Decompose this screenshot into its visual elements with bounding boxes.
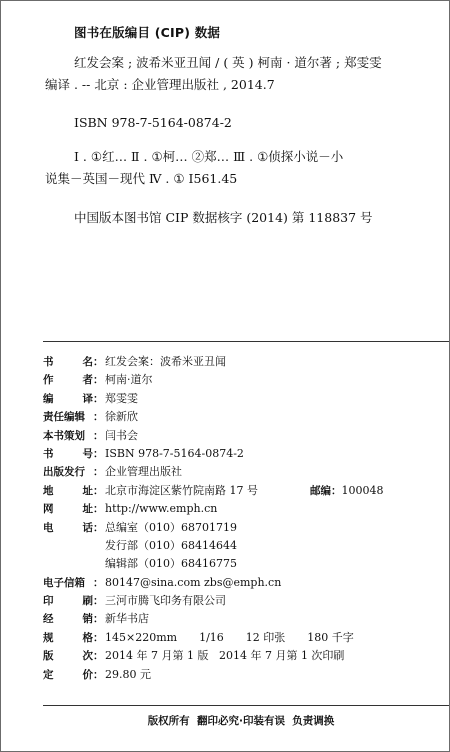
cip-classification: Ⅰ . ①红… Ⅱ . ①柯… ②郑… Ⅲ . ①侦探小说－小 说集－英国－现代… [45, 146, 425, 190]
info-label: 版次 [43, 647, 93, 665]
divider-bottom [43, 705, 449, 706]
info-value-edition: 2014 年 7 月第 1 版 2014 年 7 月第 1 次印刷 [105, 647, 344, 665]
info-row-planner: 本书策划 ： 闫书会 [43, 427, 443, 445]
cip-classification-line1: Ⅰ . ①红… Ⅱ . ①柯… ②郑… Ⅲ . ①侦探小说－小 [45, 146, 425, 168]
info-label: 电子信箱 [43, 574, 93, 592]
info-row-author: 作者 ： 柯南·道尔 [43, 371, 443, 389]
info-value-phone-3: 编辑部（010）68416775 [105, 555, 237, 573]
info-row-phone-3: 编辑部（010）68416775 [43, 555, 443, 573]
info-row-printer: 印刷 ： 三河市腾飞印务有限公司 [43, 592, 443, 610]
info-value-printer: 三河市腾飞印务有限公司 [105, 592, 226, 610]
info-value-sheets: 12 印张 [246, 629, 286, 647]
cip-title: 图书在版编目 (CIP) 数据 [74, 23, 220, 41]
info-value-email: 80147@sina.com zbs@emph.cn [105, 574, 281, 592]
info-label: 网址 [43, 500, 93, 518]
info-row-book-number: 书号 ： ISBN 978-7-5164-0874-2 [43, 445, 443, 463]
cip-description: 红发会案 ; 波希米亚丑闻 / ( 英 ) 柯南 · 道尔著 ; 郑雯雯 编译 … [45, 52, 425, 96]
info-value-isbn: ISBN 978-7-5164-0874-2 [105, 445, 244, 463]
info-label: 书名 [43, 353, 93, 371]
info-label: 印刷 [43, 592, 93, 610]
info-row-phone-2: 发行部（010）68414644 [43, 537, 443, 555]
publication-info: 书名 ： 红发会案：波希米亚丑闻 作者 ： 柯南·道尔 编译 ： 郑雯雯 责任编… [43, 353, 443, 684]
info-value-translator: 郑雯雯 [105, 390, 138, 408]
postal-code: 邮编：100048 [310, 482, 384, 500]
info-value-website: http://www.emph.cn [105, 500, 217, 518]
info-label: 本书策划 [43, 427, 93, 445]
info-label: 电话 [43, 519, 93, 537]
info-row-address: 地址 ： 北京市海淀区紫竹院南路 17 号 邮编：100048 [43, 482, 443, 500]
info-label: 规格 [43, 629, 93, 647]
info-value-price: 29.80 元 [105, 666, 151, 684]
info-value-phone-2: 发行部（010）68414644 [105, 537, 237, 555]
info-row-email: 电子信箱 ： 80147@sina.com zbs@emph.cn [43, 574, 443, 592]
cip-library-record: 中国版本图书馆 CIP 数据核字 (2014) 第 118837 号 [74, 208, 373, 226]
cip-classification-line2: 说集－英国－现代 Ⅳ . ① I561.45 [45, 168, 425, 190]
cip-description-line1: 红发会案 ; 波希米亚丑闻 / ( 英 ) 柯南 · 道尔著 ; 郑雯雯 [45, 52, 425, 74]
info-label: 编译 [43, 390, 93, 408]
info-label: 书号 [43, 445, 93, 463]
info-row-editor: 责任编辑 ： 徐新欣 [43, 408, 443, 426]
info-value-words: 180 千字 [307, 629, 354, 647]
info-label: 地址 [43, 482, 93, 500]
info-row-website: 网址 ： http://www.emph.cn [43, 500, 443, 518]
info-label: 责任编辑 [43, 408, 93, 426]
info-value-book-name: 红发会案：波希米亚丑闻 [105, 353, 226, 371]
info-label: 作者 [43, 371, 93, 389]
info-row-distributor: 经销 ： 新华书店 [43, 610, 443, 628]
info-label: 出版发行 [43, 463, 93, 481]
info-value-size: 145×220mm [105, 629, 177, 647]
info-row-edition: 版次 ： 2014 年 7 月第 1 版 2014 年 7 月第 1 次印刷 [43, 647, 443, 665]
info-value-planner: 闫书会 [105, 427, 138, 445]
info-value-editor: 徐新欣 [105, 408, 138, 426]
info-row-price: 定价 ： 29.80 元 [43, 666, 443, 684]
divider-top [43, 341, 449, 342]
info-value-format: 1/16 [199, 629, 224, 647]
info-row-translator: 编译 ： 郑雯雯 [43, 390, 443, 408]
copyright-notice: 版权所有 翻印必究·印装有误 负责调换 [1, 713, 450, 728]
info-value-address: 北京市海淀区紫竹院南路 17 号 [105, 482, 258, 500]
info-row-publisher: 出版发行 ： 企业管理出版社 [43, 463, 443, 481]
info-value-publisher: 企业管理出版社 [105, 463, 182, 481]
copyright-page: 图书在版编目 (CIP) 数据 红发会案 ; 波希米亚丑闻 / ( 英 ) 柯南… [0, 0, 450, 752]
info-value-author: 柯南·道尔 [105, 371, 153, 389]
info-value-phone-1: 总编室（010）68701719 [105, 519, 237, 537]
info-label: 定价 [43, 666, 93, 684]
info-row-specs: 规格 ： 145×220mm 1/16 12 印张 180 千字 [43, 629, 443, 647]
info-row-book-name: 书名 ： 红发会案：波希米亚丑闻 [43, 353, 443, 371]
info-row-phone: 电话 ： 总编室（010）68701719 [43, 519, 443, 537]
info-value-distributor: 新华书店 [105, 610, 149, 628]
cip-description-line2: 编译 . -- 北京 : 企业管理出版社 , 2014.7 [45, 74, 425, 96]
info-label: 经销 [43, 610, 93, 628]
cip-isbn: ISBN 978-7-5164-0874-2 [74, 115, 232, 130]
